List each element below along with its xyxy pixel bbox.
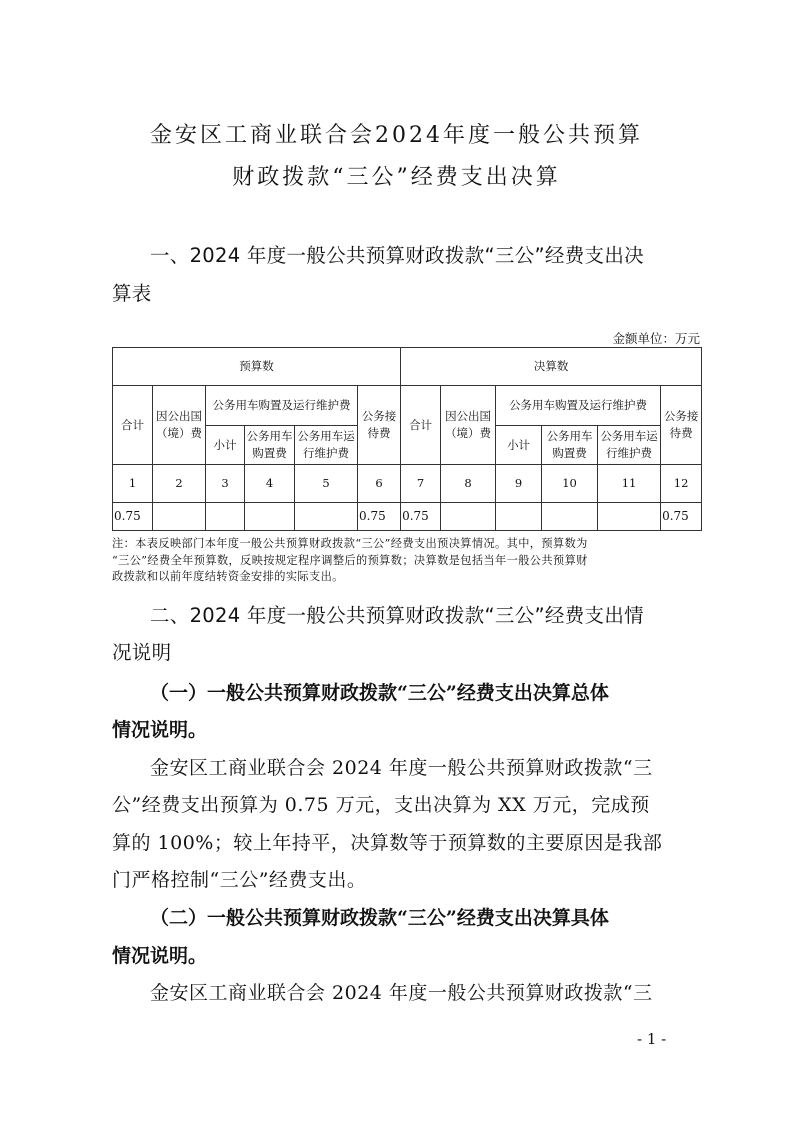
unit-label: 金额单位：万元 xyxy=(612,329,700,347)
subsection2-paragraph-line: 金安区工商业联合会 2024 年度一般公共预算财政拨款“三 xyxy=(150,978,653,1005)
section2-heading-line1: 二、2024 年度一般公共预算财政拨款“三公”经费支出情 xyxy=(150,600,644,628)
budget-abroad-header: 因公出国（境）费 xyxy=(153,386,206,465)
final-vehicle-group-header: 公务用车购置及运行维护费 xyxy=(496,386,661,426)
col-number: 3 xyxy=(206,465,245,503)
value-cell: 0.75 xyxy=(358,503,401,531)
budget-reception-header: 公务接待费 xyxy=(358,386,401,465)
value-cell: 0.75 xyxy=(661,503,702,531)
column-number-row: 1 2 3 4 5 6 7 8 9 10 11 12 xyxy=(113,465,702,503)
subsection1-paragraph-line: 门严格控制“三公”经费支出。 xyxy=(112,865,366,892)
final-reception-header: 公务接待费 xyxy=(661,386,702,465)
budget-vehicle-purchase-header: 公务用车购置费 xyxy=(245,426,295,465)
value-cell: 0.75 xyxy=(113,503,153,531)
budget-vehicle-operation-header: 公务用车运行维护费 xyxy=(295,426,358,465)
subsection1-heading-line2: 情况说明。 xyxy=(112,715,207,742)
col-number: 6 xyxy=(358,465,401,503)
col-number: 8 xyxy=(441,465,496,503)
section2-heading-line2: 况说明 xyxy=(112,637,171,665)
page-number: - 1 - xyxy=(637,1030,666,1048)
col-number: 11 xyxy=(598,465,661,503)
note-line: 注：本表反映部门本年度一般公共预算财政拨款“三公”经费支出预决算情况。其中，预算… xyxy=(112,536,712,553)
three-public-expense-table: 预算数 决算数 合计 因公出国（境）费 公务用车购置及运行维护费 公务接待费 合… xyxy=(112,347,702,531)
value-cell xyxy=(598,503,661,531)
col-number: 9 xyxy=(496,465,542,503)
value-cell xyxy=(245,503,295,531)
value-cell: 0.75 xyxy=(401,503,441,531)
value-cell xyxy=(206,503,245,531)
col-number: 5 xyxy=(295,465,358,503)
value-cell xyxy=(153,503,206,531)
budget-total-header: 合计 xyxy=(113,386,153,465)
section1-heading-line2: 算表 xyxy=(112,278,152,306)
subsection1-paragraph-line: 公”经费支出预算为 0.75 万元，支出决算为 XX 万元，完成预 xyxy=(112,790,650,817)
subsection2-heading-line2: 情况说明。 xyxy=(112,941,207,968)
col-number: 1 xyxy=(113,465,153,503)
table-note: 注：本表反映部门本年度一般公共预算财政拨款“三公”经费支出预决算情况。其中，预算… xyxy=(112,536,712,586)
value-cell xyxy=(542,503,598,531)
document-title-line1: 金安区工商业联合会2024年度一般公共预算 xyxy=(0,118,793,149)
col-number: 12 xyxy=(661,465,702,503)
final-vehicle-purchase-header: 公务用车购置费 xyxy=(542,426,598,465)
col-number: 2 xyxy=(153,465,206,503)
section1-heading-line1: 一、2024 年度一般公共预算财政拨款“三公”经费支出决 xyxy=(150,240,644,268)
subsection1-heading-line1: （一）一般公共预算财政拨款“三公”经费支出决算总体 xyxy=(150,678,609,705)
col-number: 10 xyxy=(542,465,598,503)
value-row: 0.75 0.75 0.75 0.75 xyxy=(113,503,702,531)
budget-group-header: 预算数 xyxy=(113,348,401,386)
subsection1-paragraph-line: 金安区工商业联合会 2024 年度一般公共预算财政拨款“三 xyxy=(150,753,653,780)
subsection1-paragraph-line: 算的 100%；较上年持平，决算数等于预算数的主要原因是我部 xyxy=(112,828,662,855)
value-cell xyxy=(441,503,496,531)
value-cell xyxy=(295,503,358,531)
final-subtotal-header: 小计 xyxy=(496,426,542,465)
final-vehicle-operation-header: 公务用车运行维护费 xyxy=(598,426,661,465)
document-title-line2: 财政拨款“三公”经费支出决算 xyxy=(0,160,793,191)
budget-vehicle-group-header: 公务用车购置及运行维护费 xyxy=(206,386,358,426)
final-group-header: 决算数 xyxy=(401,348,702,386)
value-cell xyxy=(496,503,542,531)
final-abroad-header: 因公出国（境）费 xyxy=(441,386,496,465)
note-line: 政拨款和以前年度结转资金安排的实际支出。 xyxy=(112,569,712,586)
subsection2-heading-line1: （二）一般公共预算财政拨款“三公”经费支出决算具体 xyxy=(150,903,609,930)
col-number: 4 xyxy=(245,465,295,503)
final-total-header: 合计 xyxy=(401,386,441,465)
col-number: 7 xyxy=(401,465,441,503)
note-line: “三公”经费全年预算数，反映按规定程序调整后的预算数；决算数是包括当年一般公共预… xyxy=(112,553,712,570)
budget-subtotal-header: 小计 xyxy=(206,426,245,465)
